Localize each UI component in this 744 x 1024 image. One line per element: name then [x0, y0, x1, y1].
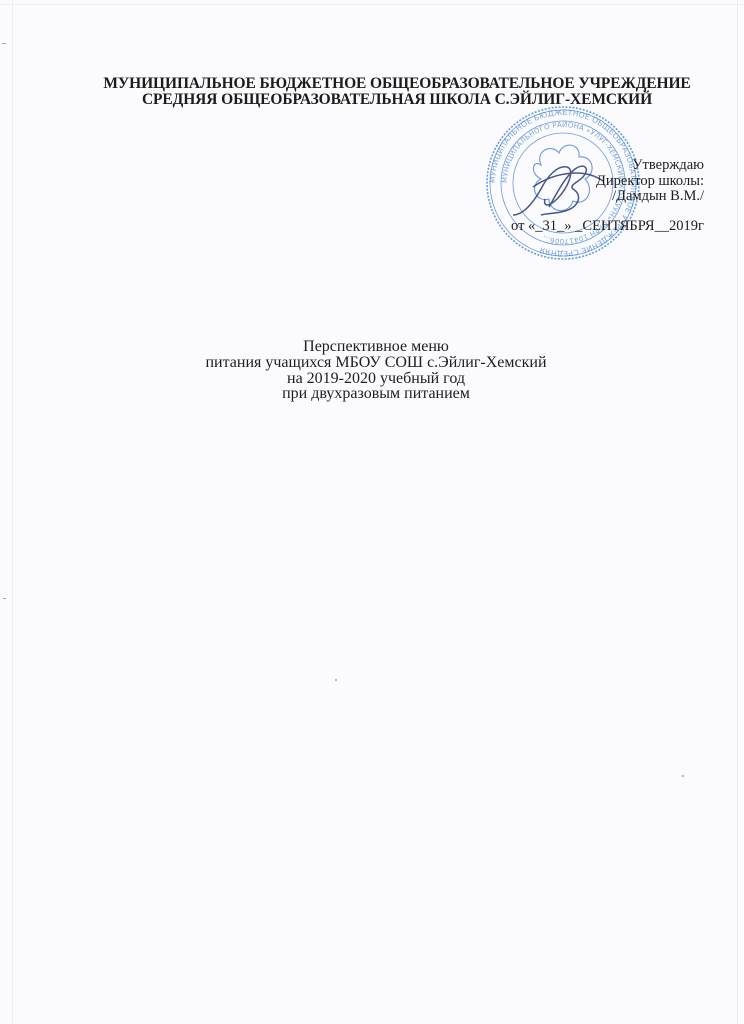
scan-speck	[335, 679, 337, 681]
director-name: /Дамдын В.М./	[511, 189, 704, 205]
approval-date: от «_31_» _СЕНТЯБРЯ__2019г	[511, 219, 704, 235]
scan-speck	[682, 775, 684, 777]
page-edge-right	[737, 0, 738, 1024]
page-edge-left	[12, 0, 13, 1024]
title-line-1: Перспективное меню	[0, 339, 744, 355]
director-position: Директор школы:	[511, 174, 704, 190]
title-line-2: питания учащихся МБОУ СОШ с.Эйлиг-Хемски…	[0, 355, 744, 371]
scan-speck	[2, 43, 6, 44]
title-line-3: на 2019-2020 учебный год	[0, 371, 744, 387]
approve-label: Утверждаю	[511, 158, 704, 174]
page-edge-top	[0, 4, 744, 5]
scan-speck	[3, 598, 6, 599]
header-line-1: МУНИЦИПАЛЬНОЕ БЮДЖЕТНОЕ ОБЩЕОБРАЗОВАТЕЛЬ…	[0, 76, 744, 92]
title-line-4: при двухразовым питанием	[0, 386, 744, 402]
approval-block: Утверждаю Директор школы: /Дамдын В.М./ …	[511, 158, 704, 234]
document-title: Перспективное меню питания учащихся МБОУ…	[0, 339, 744, 402]
